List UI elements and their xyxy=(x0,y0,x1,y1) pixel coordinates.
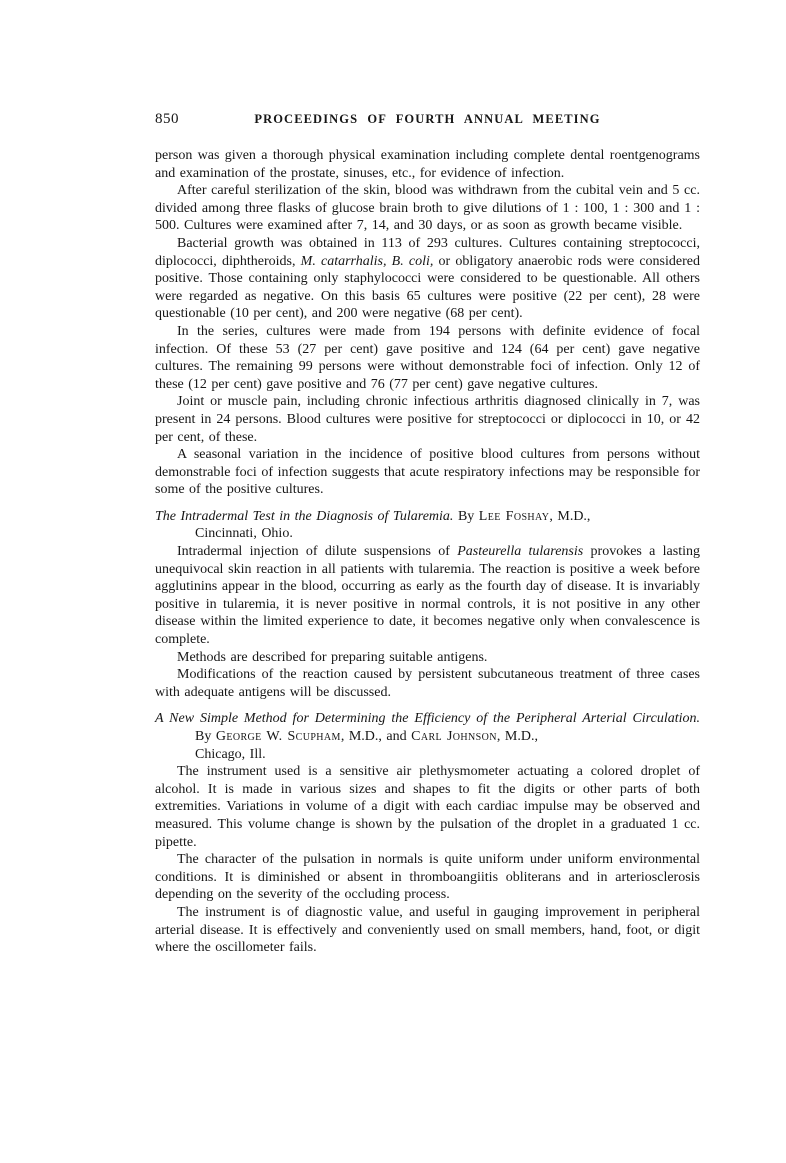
abstract-heading-circulation: A New Simple Method for Determining the … xyxy=(155,710,700,763)
page-body: person was given a thorough physical exa… xyxy=(155,147,700,957)
species-name-italic: M. catarrhalis, B. coli, xyxy=(301,254,434,269)
by-label: By xyxy=(195,729,216,744)
by-label: By xyxy=(453,509,478,524)
document-page: 850 PROCEEDINGS OF FOURTH ANNUAL MEETING… xyxy=(0,0,786,1163)
paragraph-instrument: The instrument used is a sensitive air p… xyxy=(155,763,700,851)
author-name: Lee Foshay xyxy=(479,509,550,524)
running-header: 850 PROCEEDINGS OF FOURTH ANNUAL MEETING xyxy=(155,111,700,127)
text-segment: provokes a lasting unequivocal skin reac… xyxy=(155,544,700,647)
author-suffix: , M.D., xyxy=(549,509,590,524)
page-number: 850 xyxy=(155,111,179,128)
abstract-title: A New Simple Method for Determining the … xyxy=(155,711,700,726)
author-location: Chicago, Ill. xyxy=(195,746,700,764)
abstract-heading-tularemia: The Intradermal Test in the Diagnosis of… xyxy=(155,508,700,543)
species-name-italic: Pasteurella tularensis xyxy=(457,544,583,559)
paragraph-pulsation-character: The character of the pulsation in normal… xyxy=(155,851,700,904)
paragraph-intradermal: Intradermal injection of dilute suspensi… xyxy=(155,543,700,649)
paragraph-series: In the series, cultures were made from 1… xyxy=(155,323,700,393)
author-name: George W. Scupham xyxy=(216,729,341,744)
paragraph-joint-pain: Joint or muscle pain, including chronic … xyxy=(155,393,700,446)
paragraph-seasonal: A seasonal variation in the incidence of… xyxy=(155,446,700,499)
paragraph-sterilization: After careful sterilization of the skin,… xyxy=(155,182,700,235)
running-title: PROCEEDINGS OF FOURTH ANNUAL MEETING xyxy=(155,111,700,127)
paragraph-bacterial-growth: Bacterial growth was obtained in 113 of … xyxy=(155,235,700,323)
author-connector: , M.D., and xyxy=(341,729,411,744)
author-suffix: , M.D., xyxy=(497,729,538,744)
paragraph-diagnostic-value: The instrument is of diagnostic value, a… xyxy=(155,904,700,957)
paragraph-modifications: Modifications of the reaction caused by … xyxy=(155,666,700,701)
paragraph-continuation: person was given a thorough physical exa… xyxy=(155,147,700,182)
paragraph-methods: Methods are described for preparing suit… xyxy=(155,649,700,667)
author-location: Cincinnati, Ohio. xyxy=(195,525,700,543)
text-segment: Intradermal injection of dilute suspensi… xyxy=(177,544,457,559)
author-name: Carl Johnson xyxy=(411,729,497,744)
abstract-title: The Intradermal Test in the Diagnosis of… xyxy=(155,509,453,524)
